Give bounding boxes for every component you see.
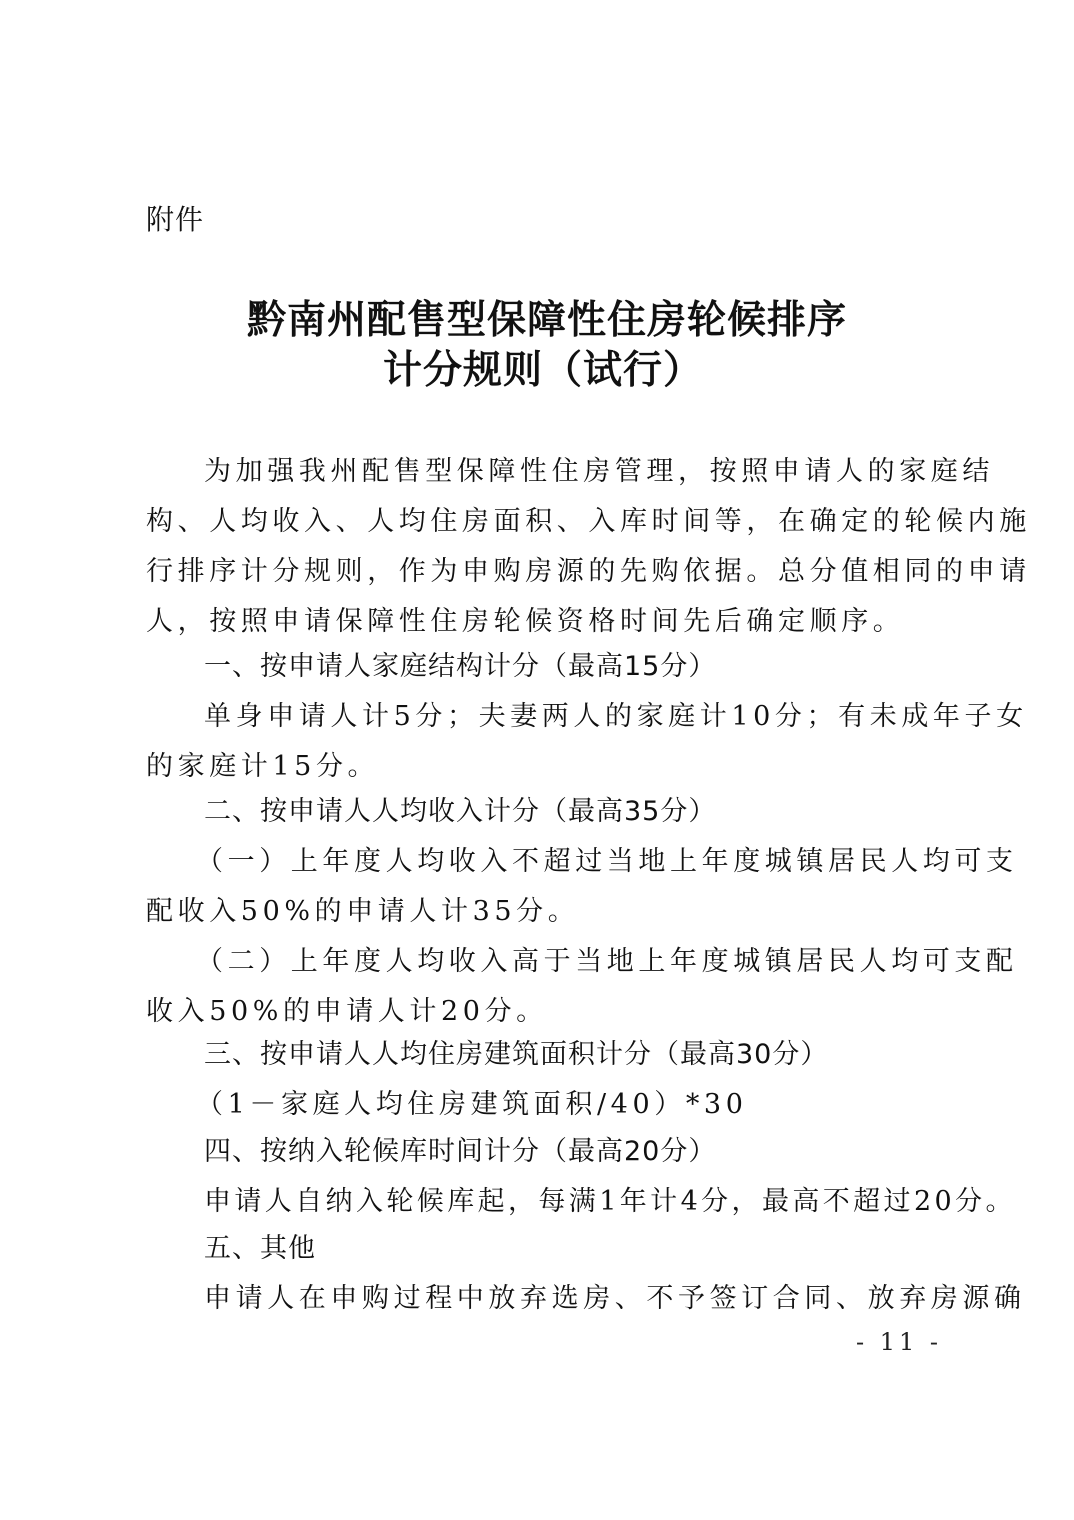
section-text-line: 申请人自纳入轮候库起，每满1年计4分，最高不超过20分。 bbox=[146, 1177, 946, 1227]
section-family-structure: 一、按申请人家庭结构计分（最高15分） 单身申请人计5分；夫妻两人的家庭计10分… bbox=[146, 642, 946, 792]
section-housing-area: 三、按申请人人均住房建筑面积计分（最高30分） （1－家庭人均住房建筑面积/40… bbox=[146, 1030, 946, 1130]
intro-line: 构、人均收入、人均住房面积、入库时间等，在确定的轮候内施 bbox=[146, 497, 946, 547]
section-heading: 五、其他 bbox=[146, 1224, 946, 1274]
section-text-line: 的家庭计15分。 bbox=[146, 742, 946, 792]
intro-line: 人，按照申请保障性住房轮候资格时间先后确定顺序。 bbox=[146, 597, 946, 647]
document-page: 附件 黔南州配售型保障性住房轮候排序 计分规则（试行） 为加强我州配售型保障性住… bbox=[0, 0, 1074, 1520]
section-text-line: 配收入50%的申请人计35分。 bbox=[146, 887, 946, 937]
formula-line: （1－家庭人均住房建筑面积/40）*30 bbox=[146, 1080, 946, 1130]
section-text-line: （二）上年度人均收入高于当地上年度城镇居民人均可支配 bbox=[146, 937, 946, 987]
section-heading: 四、按纳入轮候库时间计分（最高20分） bbox=[146, 1127, 946, 1177]
intro-line: 为加强我州配售型保障性住房管理，按照申请人的家庭结 bbox=[146, 447, 946, 497]
section-heading: 二、按申请人人均收入计分（最高35分） bbox=[146, 787, 946, 837]
attachment-label: 附件 bbox=[146, 200, 204, 240]
section-other: 五、其他 申请人在申购过程中放弃选房、不予签订合同、放弃房源确 bbox=[146, 1224, 946, 1324]
intro-paragraph: 为加强我州配售型保障性住房管理，按照申请人的家庭结 构、人均收入、人均住房面积、… bbox=[146, 447, 946, 647]
section-heading: 一、按申请人家庭结构计分（最高15分） bbox=[146, 642, 946, 692]
section-waiting-time: 四、按纳入轮候库时间计分（最高20分） 申请人自纳入轮候库起，每满1年计4分，最… bbox=[146, 1127, 946, 1227]
intro-line: 行排序计分规则，作为申购房源的先购依据。总分值相同的申请 bbox=[146, 547, 946, 597]
page-number: - 11 - bbox=[856, 1322, 942, 1362]
section-text-line: 单身申请人计5分；夫妻两人的家庭计10分；有未成年子女 bbox=[146, 692, 946, 742]
document-title-line-2: 计分规则（试行） bbox=[6, 344, 1074, 396]
section-text-line: 申请人在申购过程中放弃选房、不予签订合同、放弃房源确 bbox=[146, 1274, 946, 1324]
section-income: 二、按申请人人均收入计分（最高35分） （一）上年度人均收入不超过当地上年度城镇… bbox=[146, 787, 946, 1037]
section-text-line: （一）上年度人均收入不超过当地上年度城镇居民人均可支 bbox=[146, 837, 946, 887]
section-heading: 三、按申请人人均住房建筑面积计分（最高30分） bbox=[146, 1030, 946, 1080]
document-title-line-1: 黔南州配售型保障性住房轮候排序 bbox=[10, 294, 1074, 346]
